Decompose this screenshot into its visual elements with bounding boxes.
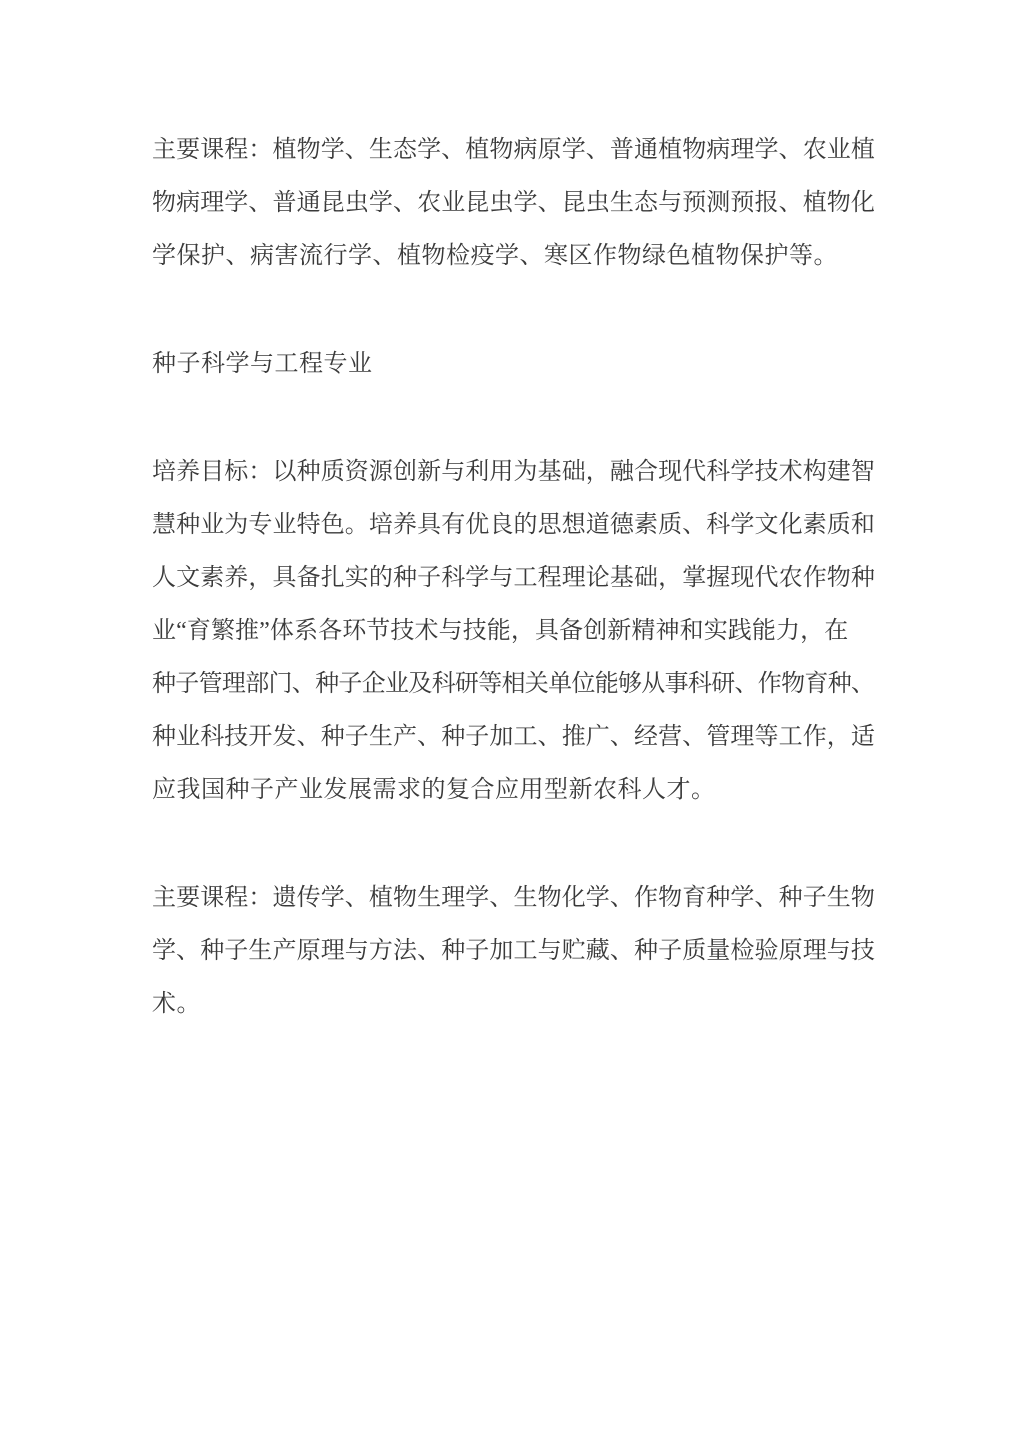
text-line: 培养目标：以种质资源创新与利用为基础，融合现代科学技术构建智 — [152, 446, 1024, 499]
text-line: 术。 — [152, 978, 1024, 1031]
text-line: 物病理学、普通昆虫学、农业昆虫学、昆虫生态与预测预报、植物化 — [152, 177, 1024, 230]
text-line: 学保护、病害流行学、植物检疫学、寒区作物绿色植物保护等。 — [152, 230, 1024, 283]
heading-text: 种子科学与工程专业 — [152, 338, 1024, 391]
paragraph-seed-main-courses: 主要课程：遗传学、植物生理学、生物化学、作物育种学、种子生物 学、种子生产原理与… — [152, 872, 1024, 1031]
text-line: 种业科技开发、种子生产、种子加工、推广、经营、管理等工作，适 — [152, 711, 1024, 764]
text-line: 主要课程：遗传学、植物生理学、生物化学、作物育种学、种子生物 — [152, 872, 1024, 925]
paragraph-plant-protection-main-courses: 主要课程：植物学、生态学、植物病原学、普通植物病理学、农业植 物病理学、普通昆虫… — [152, 124, 1024, 283]
text-line: 种子管理部门、种子企业及科研等相关单位能够从事科研、作物育种、 — [152, 658, 1024, 711]
text-line: 慧种业为专业特色。培养具有优良的思想道德素质、科学文化素质和 — [152, 499, 1024, 552]
text-line: 业“育繁推”体系各环节技术与技能，具备创新精神和实践能力，在 — [152, 605, 1024, 658]
text-line: 主要课程：植物学、生态学、植物病原学、普通植物病理学、农业植 — [152, 124, 1024, 177]
section-heading-seed-science-major: 种子科学与工程专业 — [152, 338, 1024, 391]
text-line: 人文素养，具备扎实的种子科学与工程理论基础，掌握现代农作物种 — [152, 552, 1024, 605]
document-page: 主要课程：植物学、生态学、植物病原学、普通植物病理学、农业植 物病理学、普通昆虫… — [0, 0, 1024, 1447]
text-line: 学、种子生产原理与方法、种子加工与贮藏、种子质量检验原理与技 — [152, 925, 1024, 978]
text-line: 应我国种子产业发展需求的复合应用型新农科人才。 — [152, 764, 1024, 817]
paragraph-seed-training-objectives: 培养目标：以种质资源创新与利用为基础，融合现代科学技术构建智 慧种业为专业特色。… — [152, 446, 1024, 817]
